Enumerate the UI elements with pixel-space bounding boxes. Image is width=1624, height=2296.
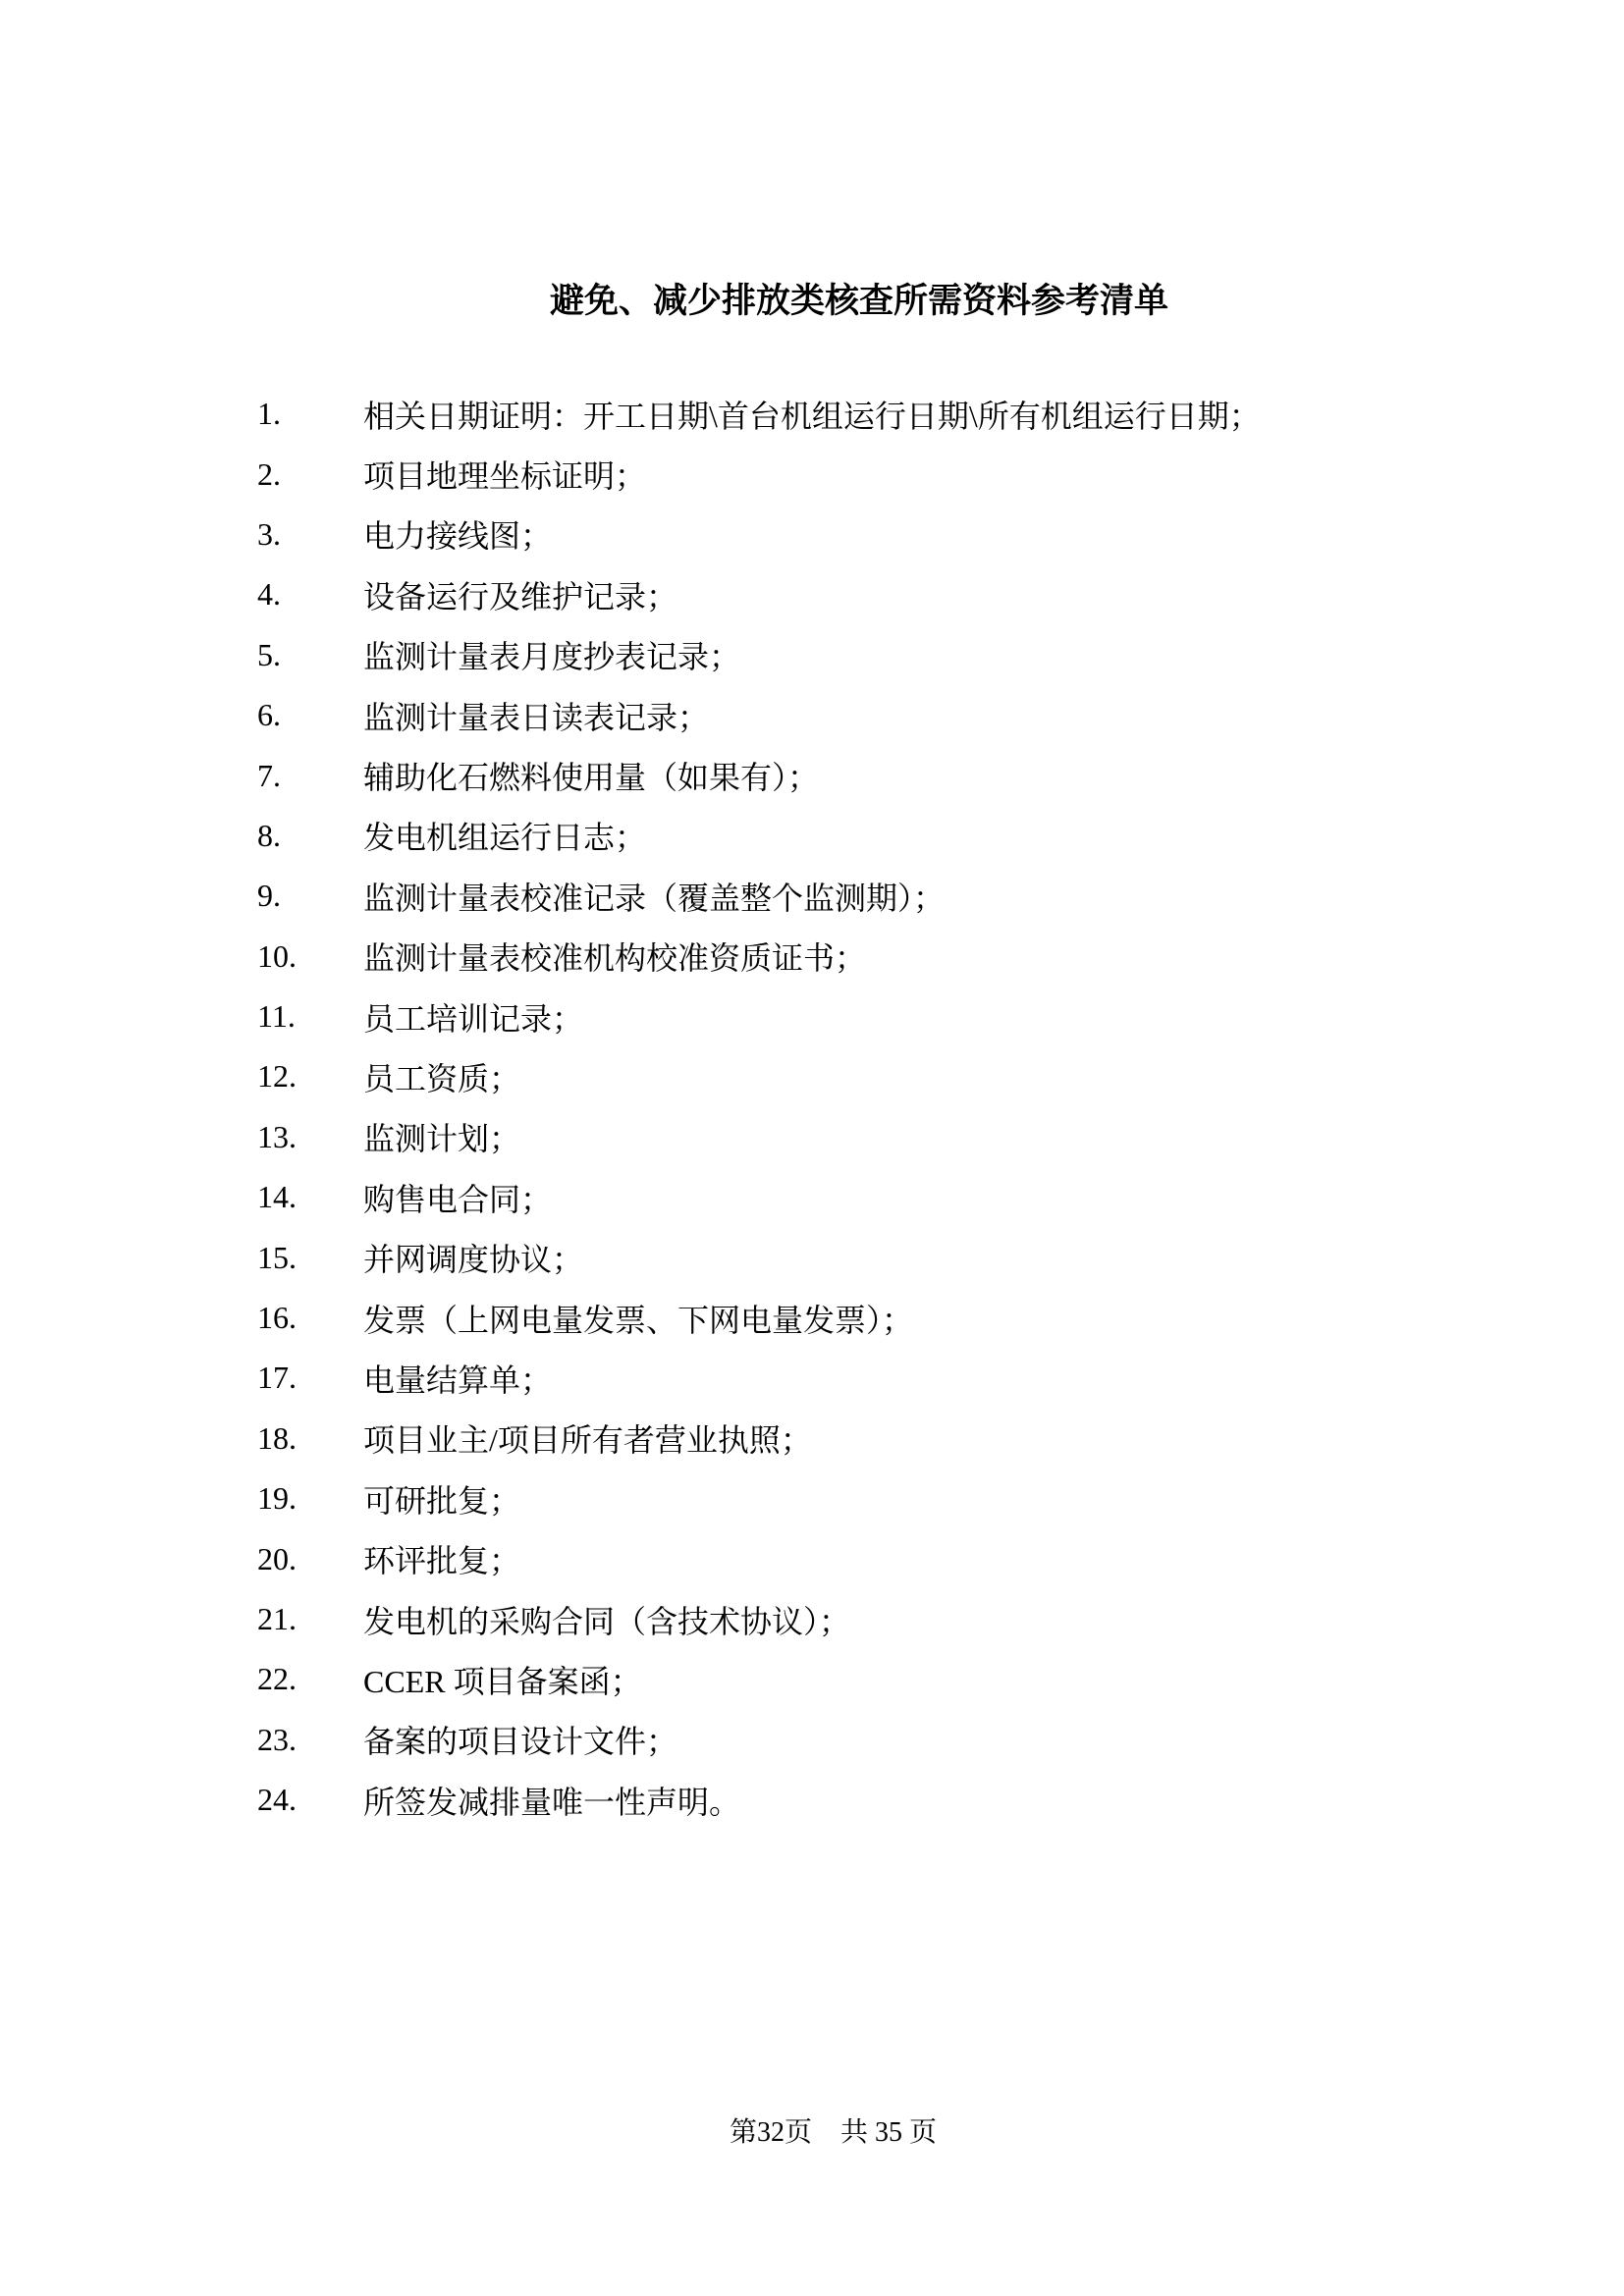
- document-title: 避免、减少排放类核查所需资料参考清单: [0, 274, 1624, 323]
- list-item: 18. 项目业主/项目所有者营业执照；: [257, 1409, 1261, 1468]
- list-item-number: 16.: [257, 1300, 363, 1336]
- list-item-number: 15.: [257, 1240, 363, 1276]
- list-item-number: 10.: [257, 938, 363, 975]
- document-page: 避免、减少排放类核查所需资料参考清单 1. 相关日期证明：开工日期\首台机组运行…: [0, 0, 1624, 2296]
- list-item-number: 19.: [257, 1480, 363, 1517]
- list-item-text: 相关日期证明：开工日期\首台机组运行日期\所有机组运行日期；: [363, 392, 1261, 437]
- list-item-number: 6.: [257, 697, 363, 733]
- list-item-text: 发电机组运行日志；: [363, 813, 646, 858]
- list-item: 23. 备案的项目设计文件；: [257, 1710, 1261, 1770]
- list-item: 1. 相关日期证明：开工日期\首台机组运行日期\所有机组运行日期；: [257, 384, 1261, 444]
- list-item: 11. 员工培训记录；: [257, 987, 1261, 1046]
- list-item-text: 设备运行及维护记录；: [363, 572, 677, 617]
- list-item-number: 7.: [257, 758, 363, 794]
- list-item: 13. 监测计划；: [257, 1107, 1261, 1167]
- list-item: 21. 发电机的采购合同（含技术协议）；: [257, 1589, 1261, 1649]
- list-item-number: 1.: [257, 396, 363, 432]
- list-item: 20. 环评批复；: [257, 1528, 1261, 1588]
- list-item-text: 电量结算单；: [363, 1356, 552, 1401]
- list-item-text: 项目地理坐标证明；: [363, 452, 646, 497]
- list-item: 4. 设备运行及维护记录；: [257, 564, 1261, 624]
- list-item: 24. 所签发减排量唯一性声明。: [257, 1770, 1261, 1830]
- list-item-text: 辅助化石燃料使用量（如果有）；: [363, 753, 819, 798]
- list-item: 16. 发票（上网电量发票、下网电量发票）；: [257, 1288, 1261, 1348]
- list-item-text: 员工培训记录；: [363, 994, 583, 1040]
- list-item-text: 并网调度协议；: [363, 1235, 583, 1280]
- list-item-number: 21.: [257, 1601, 363, 1637]
- list-item-number: 5.: [257, 637, 363, 673]
- checklist: 1. 相关日期证明：开工日期\首台机组运行日期\所有机组运行日期； 2. 项目地…: [257, 384, 1261, 1830]
- list-item-text: 可研批复；: [363, 1476, 520, 1522]
- list-item-text: 电力接线图；: [363, 511, 552, 557]
- list-item-text: 发票（上网电量发票、下网电量发票）；: [363, 1296, 913, 1341]
- list-item-number: 13.: [257, 1119, 363, 1155]
- list-item-text: 项目业主/项目所有者营业执照；: [363, 1415, 812, 1461]
- list-item-text: 监测计划；: [363, 1114, 520, 1159]
- list-item-number: 4.: [257, 576, 363, 613]
- list-item-text: 监测计量表校准机构校准资质证书；: [363, 934, 866, 979]
- list-item: 2. 项目地理坐标证明；: [257, 444, 1261, 504]
- list-item: 5. 监测计量表月度抄表记录；: [257, 625, 1261, 685]
- list-item-text: 监测计量表日读表记录；: [363, 693, 709, 738]
- list-item: 9. 监测计量表校准记录（覆盖整个监测期）；: [257, 866, 1261, 926]
- list-item: 22. CCER 项目备案函；: [257, 1649, 1261, 1709]
- list-item-number: 23.: [257, 1722, 363, 1758]
- list-item-number: 11.: [257, 998, 363, 1035]
- list-item: 14. 购售电合同；: [257, 1167, 1261, 1227]
- list-item-number: 12.: [257, 1058, 363, 1095]
- list-item-number: 3.: [257, 516, 363, 553]
- list-item-text: 环评批复；: [363, 1536, 520, 1581]
- list-item: 12. 员工资质；: [257, 1046, 1261, 1106]
- list-item-text: 监测计量表校准记录（覆盖整个监测期）；: [363, 874, 945, 919]
- list-item-text: 监测计量表月度抄表记录；: [363, 632, 740, 677]
- list-item: 15. 并网调度协议；: [257, 1227, 1261, 1287]
- list-item-number: 8.: [257, 818, 363, 854]
- list-item-number: 20.: [257, 1541, 363, 1577]
- list-item: 19. 可研批复；: [257, 1468, 1261, 1528]
- list-item: 6. 监测计量表日读表记录；: [257, 685, 1261, 745]
- list-item-number: 17.: [257, 1360, 363, 1396]
- list-item-number: 22.: [257, 1661, 363, 1697]
- list-item-number: 2.: [257, 456, 363, 493]
- list-item-number: 18.: [257, 1420, 363, 1457]
- list-item: 17. 电量结算单；: [257, 1348, 1261, 1408]
- footer-current-page: 第32页: [730, 2117, 812, 2149]
- list-item-number: 24.: [257, 1782, 363, 1818]
- list-item: 10. 监测计量表校准机构校准资质证书；: [257, 927, 1261, 987]
- list-item: 7. 辅助化石燃料使用量（如果有）；: [257, 745, 1261, 805]
- list-item-text: 所签发减排量唯一性声明。: [363, 1778, 740, 1823]
- list-item-text: CCER 项目备案函；: [363, 1657, 642, 1702]
- list-item-text: 购售电合同；: [363, 1175, 552, 1220]
- list-item-text: 员工资质；: [363, 1054, 520, 1099]
- list-item: 8. 发电机组运行日志；: [257, 806, 1261, 866]
- footer-total-pages: 共 35 页: [840, 2117, 937, 2149]
- page-footer: 第32页 共 35 页: [730, 2117, 937, 2149]
- list-item-number: 14.: [257, 1179, 363, 1215]
- list-item-number: 9.: [257, 878, 363, 914]
- list-item: 3. 电力接线图；: [257, 505, 1261, 564]
- list-item-text: 备案的项目设计文件；: [363, 1717, 677, 1762]
- list-item-text: 发电机的采购合同（含技术协议）；: [363, 1597, 850, 1642]
